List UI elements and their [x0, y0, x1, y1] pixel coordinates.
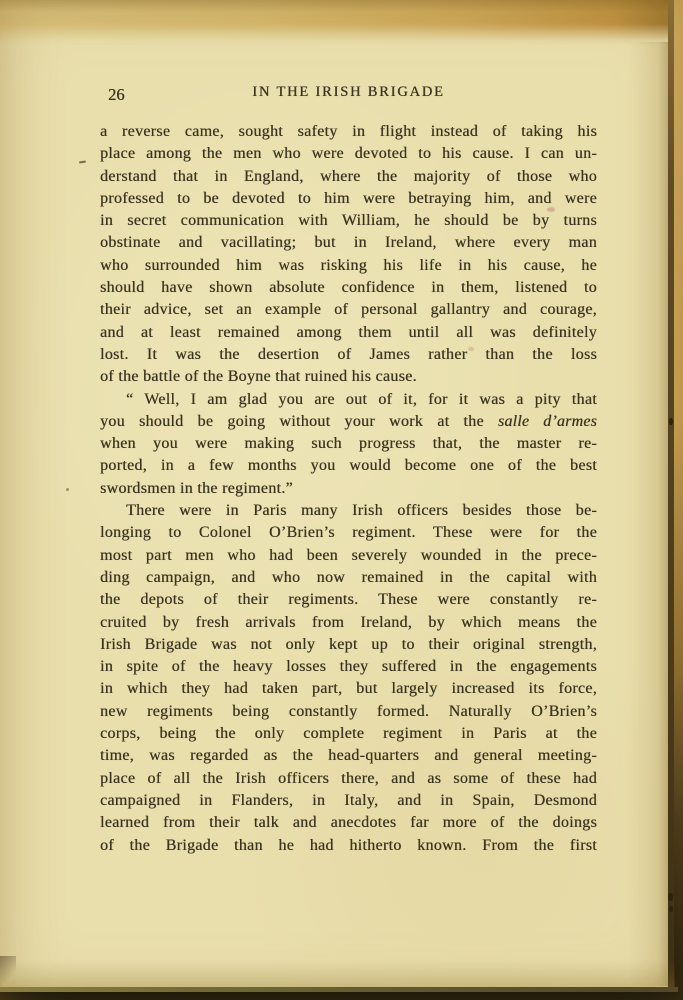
text-line: ported, in a few months you would become… — [100, 455, 597, 477]
text-line: place of all the Irish officers there, a… — [100, 768, 597, 790]
edge-mark — [668, 893, 673, 901]
edge-mark — [669, 906, 673, 912]
running-head: 26 IN THE IRISH BRIGADE — [100, 84, 597, 108]
text-line: their advice, set an example of personal… — [100, 299, 597, 321]
bottom-left-corner-shadow — [0, 956, 16, 990]
text-line: lost. It was the desertion of James rath… — [100, 344, 597, 366]
text-line: and at least remained among them until a… — [100, 322, 597, 344]
text-line: place among the men who were devoted to … — [100, 143, 597, 165]
page-bottom-shade — [0, 960, 675, 988]
text-line: should have shown absolute confidence in… — [100, 277, 597, 299]
printed-content: 26 IN THE IRISH BRIGADE a reverse came, … — [100, 84, 597, 108]
text-line: There were in Paris many Irish officers … — [100, 500, 597, 522]
text-line: derstand that in England, where the majo… — [100, 166, 597, 188]
text-line: a reverse came, sought safety in flight … — [100, 121, 597, 143]
text-line: of the battle of the Boyne that ruined h… — [100, 366, 597, 388]
text-line: new regiments being constantly formed. N… — [100, 701, 597, 723]
text-line: in secret communication with William, he… — [100, 210, 597, 232]
text-line: you should be going without your work at… — [100, 411, 597, 433]
edge-mark — [669, 418, 673, 425]
text-line: professed to be devoted to him were betr… — [100, 188, 597, 210]
text-line: longing to Colonel O’Brien’s regiment. T… — [100, 522, 597, 544]
text-line: obstinate and vacillating; but in Irelan… — [100, 232, 597, 254]
text-line: learned from their talk and anecdotes fa… — [100, 812, 597, 834]
book-page-scan: 26 IN THE IRISH BRIGADE a reverse came, … — [0, 0, 683, 1000]
text-line: the depots of their regiments. These wer… — [100, 589, 597, 611]
book-bottom-edge — [0, 992, 683, 1000]
running-title: IN THE IRISH BRIGADE — [100, 84, 597, 101]
text-line: corps, being the only complete regiment … — [100, 723, 597, 745]
text-line: campaigned in Flanders, in Italy, and in… — [100, 790, 597, 812]
page-number: 26 — [108, 85, 125, 105]
text-line: of the Brigade than he had hitherto know… — [100, 835, 597, 857]
text-line: in which they had taken part, but largel… — [100, 678, 597, 700]
text-line: Irish Brigade was not only kept up to th… — [100, 634, 597, 656]
text-line: who surrounded him was risking his life … — [100, 255, 597, 277]
page-right-shade — [628, 42, 668, 986]
book-fore-edge — [674, 0, 683, 1000]
text-line: swordsmen in the regiment.” — [100, 478, 597, 500]
text-line: ding campaign, and who now remained in t… — [100, 567, 597, 589]
page-top-edge — [0, 0, 683, 46]
text-line: most part men who had been severely woun… — [100, 545, 597, 567]
text-line: “ Well, I am glad you are out of it, for… — [100, 389, 597, 411]
text-line: cruited by fresh arrivals from Ireland, … — [100, 612, 597, 634]
text-line: in spite of the heavy losses they suffer… — [100, 656, 597, 678]
speck — [66, 488, 69, 491]
text-line: time, was regarded as the head-quarters … — [100, 745, 597, 767]
body-text: a reverse came, sought safety in flight … — [100, 121, 597, 857]
text-line: when you were making such progress that,… — [100, 433, 597, 455]
